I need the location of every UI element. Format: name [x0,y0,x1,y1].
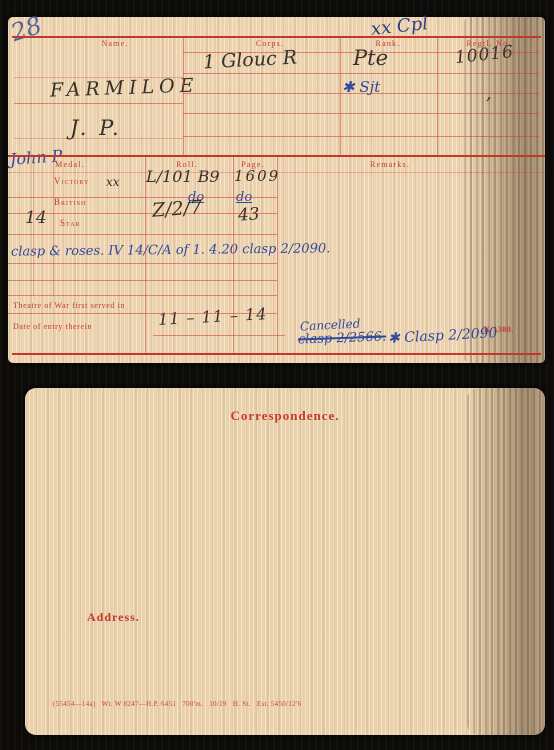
correspondence-heading: Correspondence. [230,408,339,424]
ruled-line [12,353,541,355]
grid-line [53,155,54,295]
scan-background: Name. Corps. Rank. Regtl. No. Medal. Rol… [0,0,554,750]
name-column-label: Name. [101,39,128,48]
card-edge-shadow [464,17,545,363]
ruled-line [8,263,277,264]
ruled-line [14,138,183,139]
date-of-entry-label: Date of entry therein [13,322,92,331]
regimental-number-value: 10016 [454,44,515,67]
victory-mark: xx [106,176,120,188]
card-edge-shadow [467,388,545,735]
address-heading: Address. [87,610,140,625]
ruled-line [12,36,541,38]
grid-line [340,36,341,155]
british-medal-label: British [54,197,86,207]
ruled-line [8,295,277,296]
ruled-line [8,213,277,214]
ruled-line [183,113,539,114]
date-of-entry-value: 11 – 11 – 14 [158,306,268,328]
printer-imprint: (55454—14a) Wt. W 8247—H.P. 6451 700'm. … [53,700,301,708]
replacement-clasp-reference: ✱ Clasp 2/2090 [388,326,498,346]
forename-annotation: John P [10,148,64,168]
star-page-value: 43 [237,206,260,224]
grid-line [183,36,184,155]
grid-line [437,36,438,155]
star-roll-value: Z/2/7 [151,198,202,220]
grid-line [233,155,234,353]
ruled-line [8,280,277,281]
grid-line [277,155,278,353]
clasp-note: clasp & roses. IV 14/C/A of 1. 4.20 clas… [11,242,330,258]
ruled-line [183,93,539,94]
ruled-line [8,197,277,198]
ruled-line [153,335,285,336]
star-medal-label: Star [60,218,81,228]
regimental-number-mark: , [486,85,492,103]
cancelled-clasp-reference: clasp 2/2566. [298,330,387,346]
theatre-of-war-label: Theatre of War first served in [13,301,125,310]
corner-number-annotation: 28 [8,13,44,45]
ruled-line [183,52,539,53]
initials-value: J. P. [70,118,122,139]
ruled-line [183,136,539,137]
grid-line [145,155,146,353]
medal-card-front: Name. Corps. Rank. Regtl. No. Medal. Rol… [8,17,545,363]
surname-value: FARMILOE [50,76,199,100]
ruled-line [8,313,277,314]
victory-medal-label: Victory [54,176,89,186]
ruled-line [8,234,277,235]
ruled-line [183,73,539,74]
grid-line [33,155,34,295]
remarks-header-label: Remarks. [370,160,410,169]
ruled-line [14,103,183,104]
ruled-line [14,77,183,78]
medal-card-back: Correspondence. Address. (55454—14a) Wt.… [25,388,545,735]
